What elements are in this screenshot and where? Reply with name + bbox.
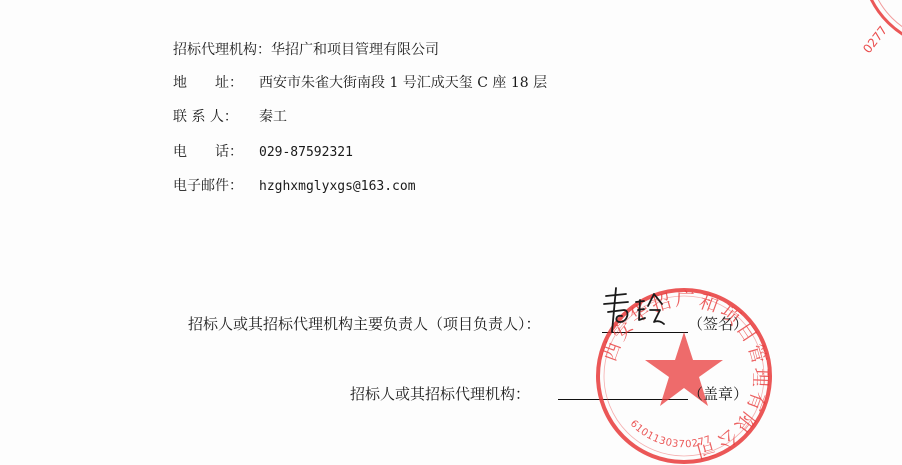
address-label: 地 址： — [173, 74, 259, 92]
contact-value: 秦工 — [259, 108, 287, 126]
address-value: 西安市朱雀大街南段 1 号汇成天玺 C 座 18 层 — [259, 74, 547, 92]
agency-label: 招标代理机构： — [173, 41, 271, 59]
agency-row: 招标代理机构：华招广和项目管理有限公司 — [173, 41, 439, 59]
organization-seal-line — [558, 399, 688, 400]
phone-value: 029-87592321 — [259, 144, 353, 162]
phone-label: 电 话： — [173, 143, 259, 161]
email-row: 电子邮件：hzghxmglyxgs@163.com — [173, 177, 416, 196]
contact-label: 联 系 人： — [173, 108, 259, 126]
email-value: hzghxmglyxgs@163.com — [259, 178, 416, 196]
contact-row: 联 系 人：秦工 — [173, 108, 287, 126]
organization-label: 招标人或其招标代理机构： — [350, 384, 530, 404]
handwritten-signature — [598, 280, 678, 340]
document-page: 0277 招标代理机构：华招广和项目管理有限公司 地 址：西安市朱雀大街南段 1… — [0, 0, 902, 465]
organization-suffix: （盖章） — [688, 384, 748, 404]
address-row: 地 址：西安市朱雀大街南段 1 号汇成天玺 C 座 18 层 — [173, 74, 547, 92]
svg-text:0277: 0277 — [860, 23, 890, 56]
corner-stamp-icon: 0277 — [800, 0, 902, 80]
agency-value: 华招广和项目管理有限公司 — [271, 41, 439, 59]
phone-row: 电 话：029-87592321 — [173, 143, 353, 162]
svg-text:6101130370277: 6101130370277 — [628, 418, 713, 450]
principal-label: 招标人或其招标代理机构主要负责人（项目负责人）： — [188, 314, 541, 334]
principal-suffix: （签名） — [688, 314, 748, 334]
email-label: 电子邮件： — [173, 177, 259, 195]
